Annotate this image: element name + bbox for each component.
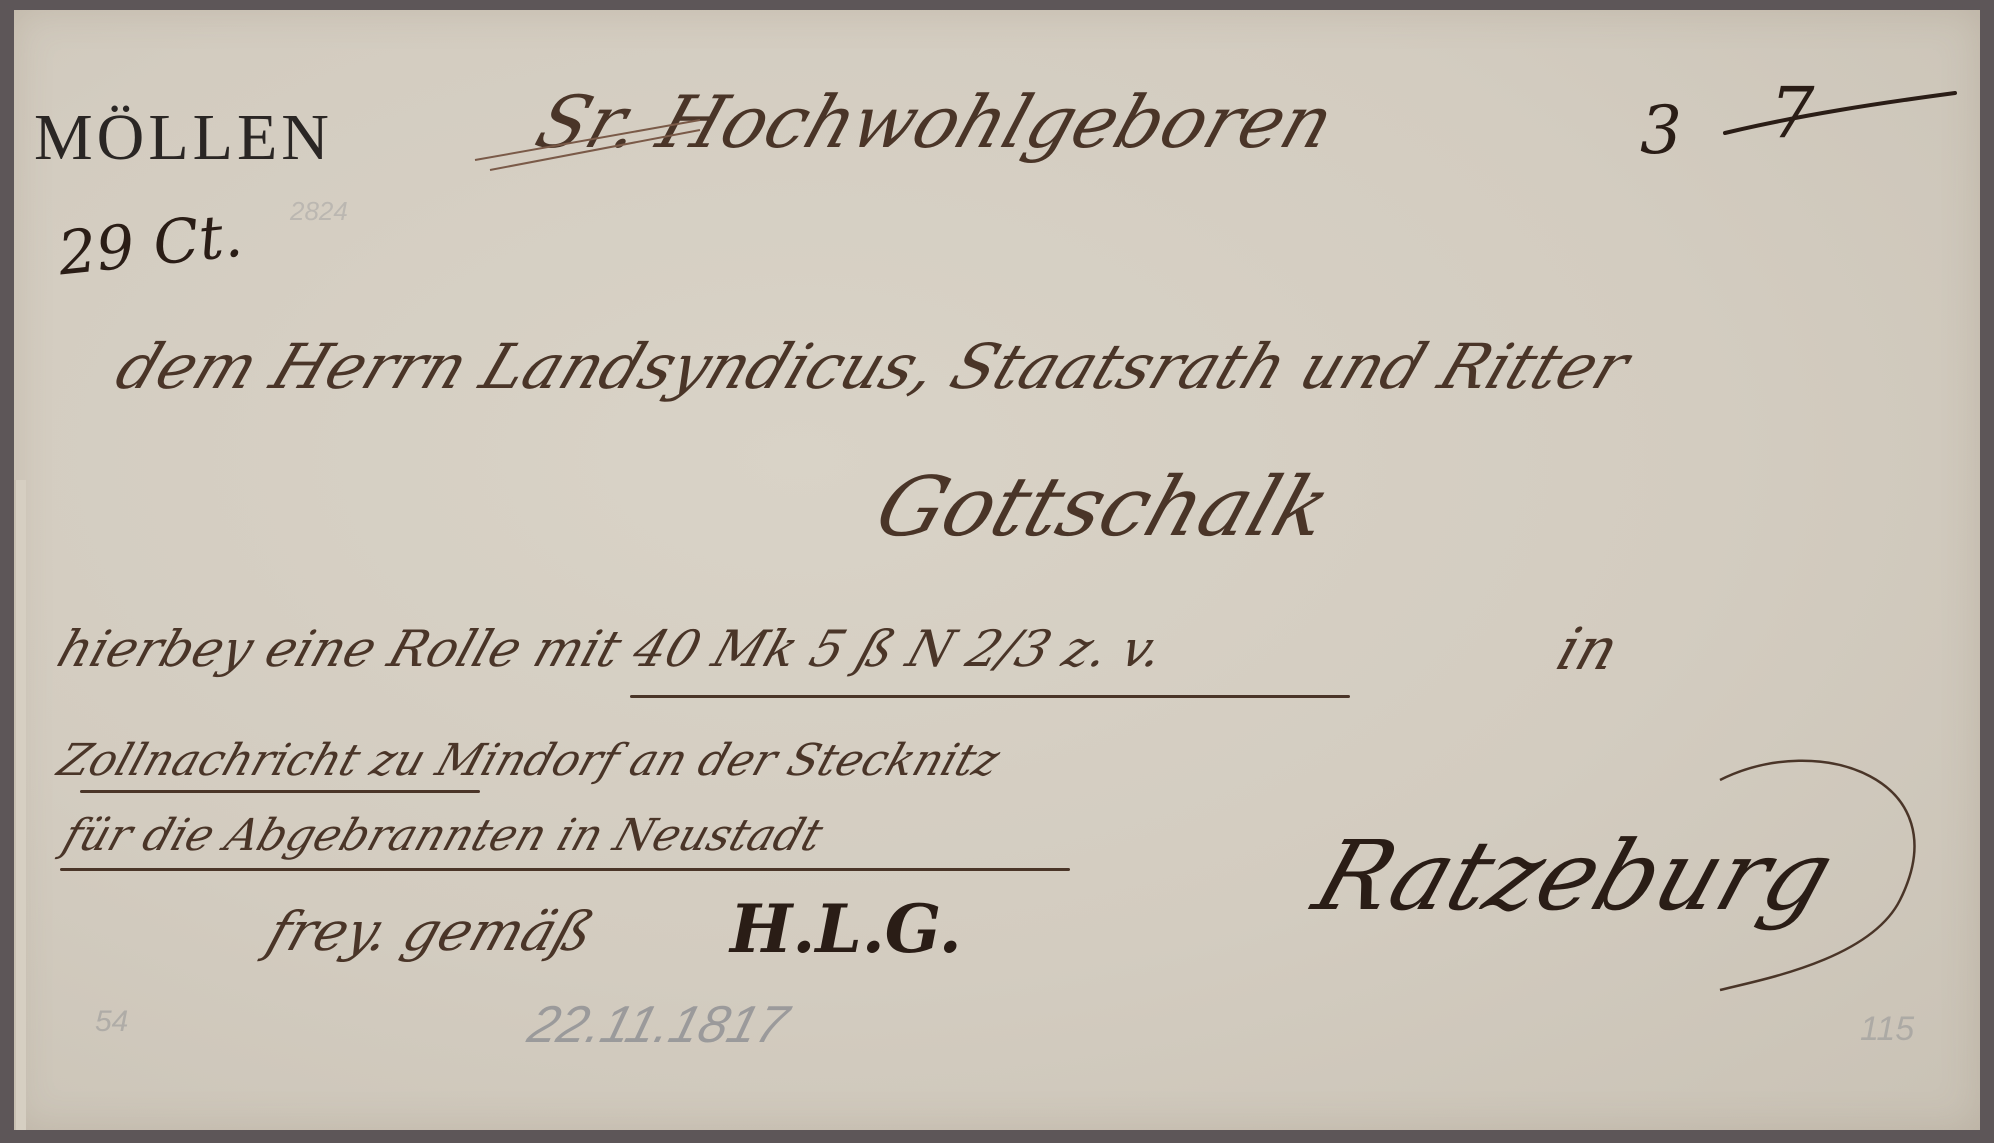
pencil-archive-number: 2824 (290, 196, 348, 227)
contents-note-line-2: Zollnachricht zu Mindorf an der Stecknit… (52, 735, 1006, 786)
pencil-date: 22.11.1817 (522, 995, 794, 1055)
salutation-flourish (470, 115, 710, 175)
pencil-note-bottom-left: 54 (95, 1005, 128, 1039)
town-postmark-mollen: MÖLLEN (34, 100, 333, 176)
contents-note-line-1: hierbey eine Rolle mit 40 Mk 5 ß N 2/3 z… (51, 620, 1171, 678)
contents-note-line-3: für die Abgebrannten in Neustadt (57, 810, 829, 861)
addressee-title-line: dem Herrn Landsyndicus, Staatsrath und R… (107, 330, 1639, 403)
folded-flap-edge (14, 480, 26, 1130)
rate-mark-current: 3 (1640, 92, 1682, 169)
sender-initials: H.L.G. (730, 890, 962, 968)
pencil-note-bottom-right: 115 (1860, 1010, 1914, 1049)
franking-note: frey. gemäß (260, 900, 602, 963)
underline-1 (630, 695, 1350, 698)
destination-flourish (1700, 740, 1940, 1000)
underline-3 (60, 868, 1070, 871)
addressee-name: Gottschalk (865, 460, 1342, 555)
strike-through-line (1720, 85, 1960, 145)
underline-2 (80, 790, 480, 793)
